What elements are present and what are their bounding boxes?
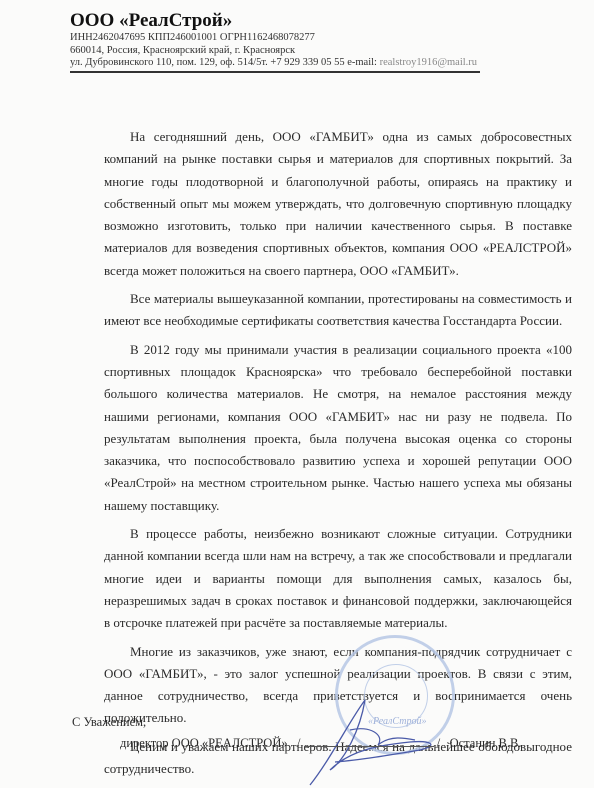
slash: /	[437, 736, 440, 750]
company-name: ООО «РеалСтрой»	[70, 10, 480, 32]
paragraph: На сегодняшний день, ООО «ГАМБИТ» одна и…	[104, 126, 572, 282]
signature-blank	[304, 746, 434, 747]
slash: /	[297, 736, 300, 750]
signer-title: директор ООО «РЕАЛСТРОЙ»	[120, 736, 288, 750]
company-address: 660014, Россия, Красноярский край, г. Кр…	[70, 45, 480, 58]
closing: С Уважением,	[72, 715, 146, 730]
company-ids: ИНН2462047695 КПП246001001 ОГРН116246807…	[70, 32, 480, 45]
paragraph: В процессе работы, неизбежно возникают с…	[104, 523, 572, 634]
company-contacts: ул. Дубровинского 110, пом. 129, оф. 514…	[70, 57, 480, 73]
paragraph: В 2012 году мы принимали участия в реали…	[104, 339, 572, 517]
signer-name: Останин В.В.	[450, 736, 522, 750]
paragraph: Все материалы вышеуказанной компании, пр…	[104, 288, 572, 333]
signature-line: директор ООО «РЕАЛСТРОЙ» / / Останин В.В…	[120, 736, 521, 751]
street-phone: ул. Дубровинского 110, пом. 129, оф. 514…	[70, 57, 380, 68]
letterhead: ООО «РеалСтрой» ИНН2462047695 КПП2460010…	[70, 10, 480, 73]
email-link[interactable]: realstroy1916@mail.ru	[380, 57, 477, 68]
